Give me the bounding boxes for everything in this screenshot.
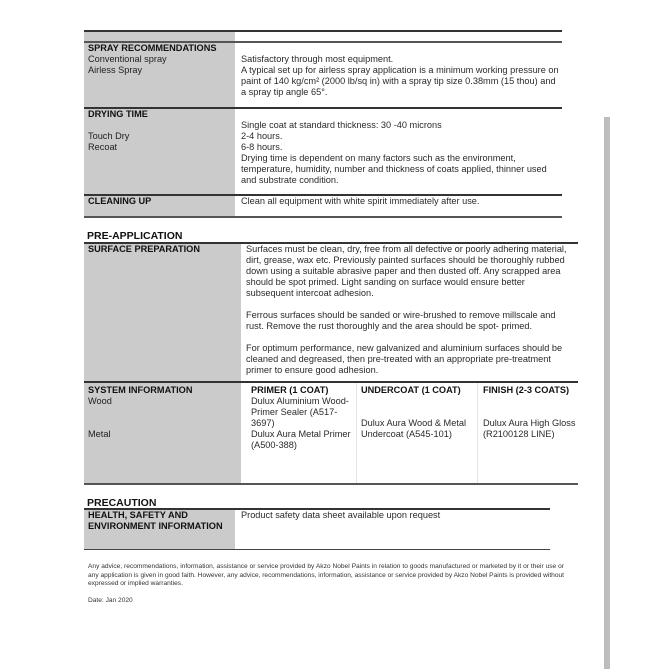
system-col-undercoat: UNDERCOAT (1 COAT) Dulux Aura Wood & Met…	[361, 385, 475, 440]
precaution-label-cell: HEALTH, SAFETY AND ENVIRONMENT INFORMATI…	[84, 510, 235, 549]
spray-value-airless: A typical set up for airless spray appli…	[241, 65, 561, 98]
system-col-finish: FINISH (2-3 COATS) Dulux Aura High Gloss…	[483, 385, 577, 440]
system-col-header-finish: FINISH (2-3 COATS)	[483, 385, 577, 396]
surface-values: Surfaces must be clean, dry, free from a…	[246, 244, 574, 376]
cleaning-bottom-rule	[84, 216, 562, 218]
disclaimer: Any advice, recommendations, information…	[88, 563, 564, 589]
system-label-wood: Wood	[88, 396, 241, 407]
drying-intro: Single coat at standard thickness: 30 -4…	[241, 120, 561, 131]
drying-heading: DRYING TIME	[88, 109, 235, 120]
drying-values: Single coat at standard thickness: 30 -4…	[241, 120, 561, 186]
spray-heading: SPRAY RECOMMENDATIONS	[88, 43, 235, 54]
drying-label-cell: DRYING TIME Touch Dry Recoat	[84, 109, 235, 194]
surface-paragraph-3: For optimum performance, new galvanized …	[246, 343, 574, 376]
spray-label-conventional: Conventional spray	[88, 54, 235, 65]
cleaning-heading: CLEANING UP	[88, 196, 235, 207]
system-wood-primer: Dulux Aluminium Wood-Primer Sealer (A517…	[251, 396, 353, 429]
system-heading: SYSTEM INFORMATION	[88, 385, 241, 396]
system-col-header-primer: PRIMER (1 COAT)	[251, 385, 353, 396]
drying-value-touch: 2-4 hours.	[241, 131, 561, 142]
system-col-divider	[356, 383, 357, 483]
system-metal-undercoat: Dulux Aura Wood & Metal Undercoat (A545-…	[361, 418, 475, 440]
precaution-value: Product safety data sheet available upon…	[241, 510, 551, 521]
system-col-header-undercoat: UNDERCOAT (1 COAT)	[361, 385, 475, 396]
precaution-heading-line1: HEALTH, SAFETY AND	[88, 510, 235, 521]
vertical-scrollbar[interactable]	[604, 117, 610, 669]
cleaning-value: Clean all equipment with white spirit im…	[241, 196, 561, 207]
system-label-metal: Metal	[88, 429, 241, 440]
drying-note: Drying time is dependent on many factors…	[241, 153, 561, 186]
pre-application-title: PRE-APPLICATION	[87, 230, 182, 242]
system-bottom-rule	[84, 483, 578, 485]
system-metal-finish: Dulux Aura High Gloss (R2100128 LINE)	[483, 418, 577, 440]
surface-paragraph-1: Surfaces must be clean, dry, free from a…	[246, 244, 574, 299]
drying-label-touch: Touch Dry	[88, 131, 235, 142]
system-col-primer: PRIMER (1 COAT) Dulux Aluminium Wood-Pri…	[251, 385, 353, 451]
cleaning-label-cell: CLEANING UP	[84, 196, 235, 216]
precaution-heading-line2: ENVIRONMENT INFORMATION	[88, 521, 235, 532]
surface-paragraph-2: Ferrous surfaces should be sanded or wir…	[246, 310, 574, 332]
system-col-divider	[477, 383, 478, 483]
spray-label-cell: SPRAY RECOMMENDATIONS Conventional spray…	[84, 43, 235, 107]
spray-label-airless: Airless Spray	[88, 65, 235, 76]
surface-label-cell: SURFACE PREPARATION	[84, 244, 241, 381]
drying-value-recoat: 6-8 hours.	[241, 142, 561, 153]
system-label-cell: SYSTEM INFORMATION Wood Metal	[84, 383, 241, 483]
date: Date: Jan 2020	[88, 597, 133, 606]
system-metal-primer: Dulux Aura Metal Primer (A500-388)	[251, 429, 353, 451]
spray-value-conventional: Satisfactory through most equipment.	[241, 54, 561, 65]
drying-label-recoat: Recoat	[88, 142, 235, 153]
spray-values: Satisfactory through most equipment. A t…	[241, 54, 561, 98]
surface-heading: SURFACE PREPARATION	[88, 244, 241, 255]
precaution-bottom-rule	[84, 549, 550, 550]
